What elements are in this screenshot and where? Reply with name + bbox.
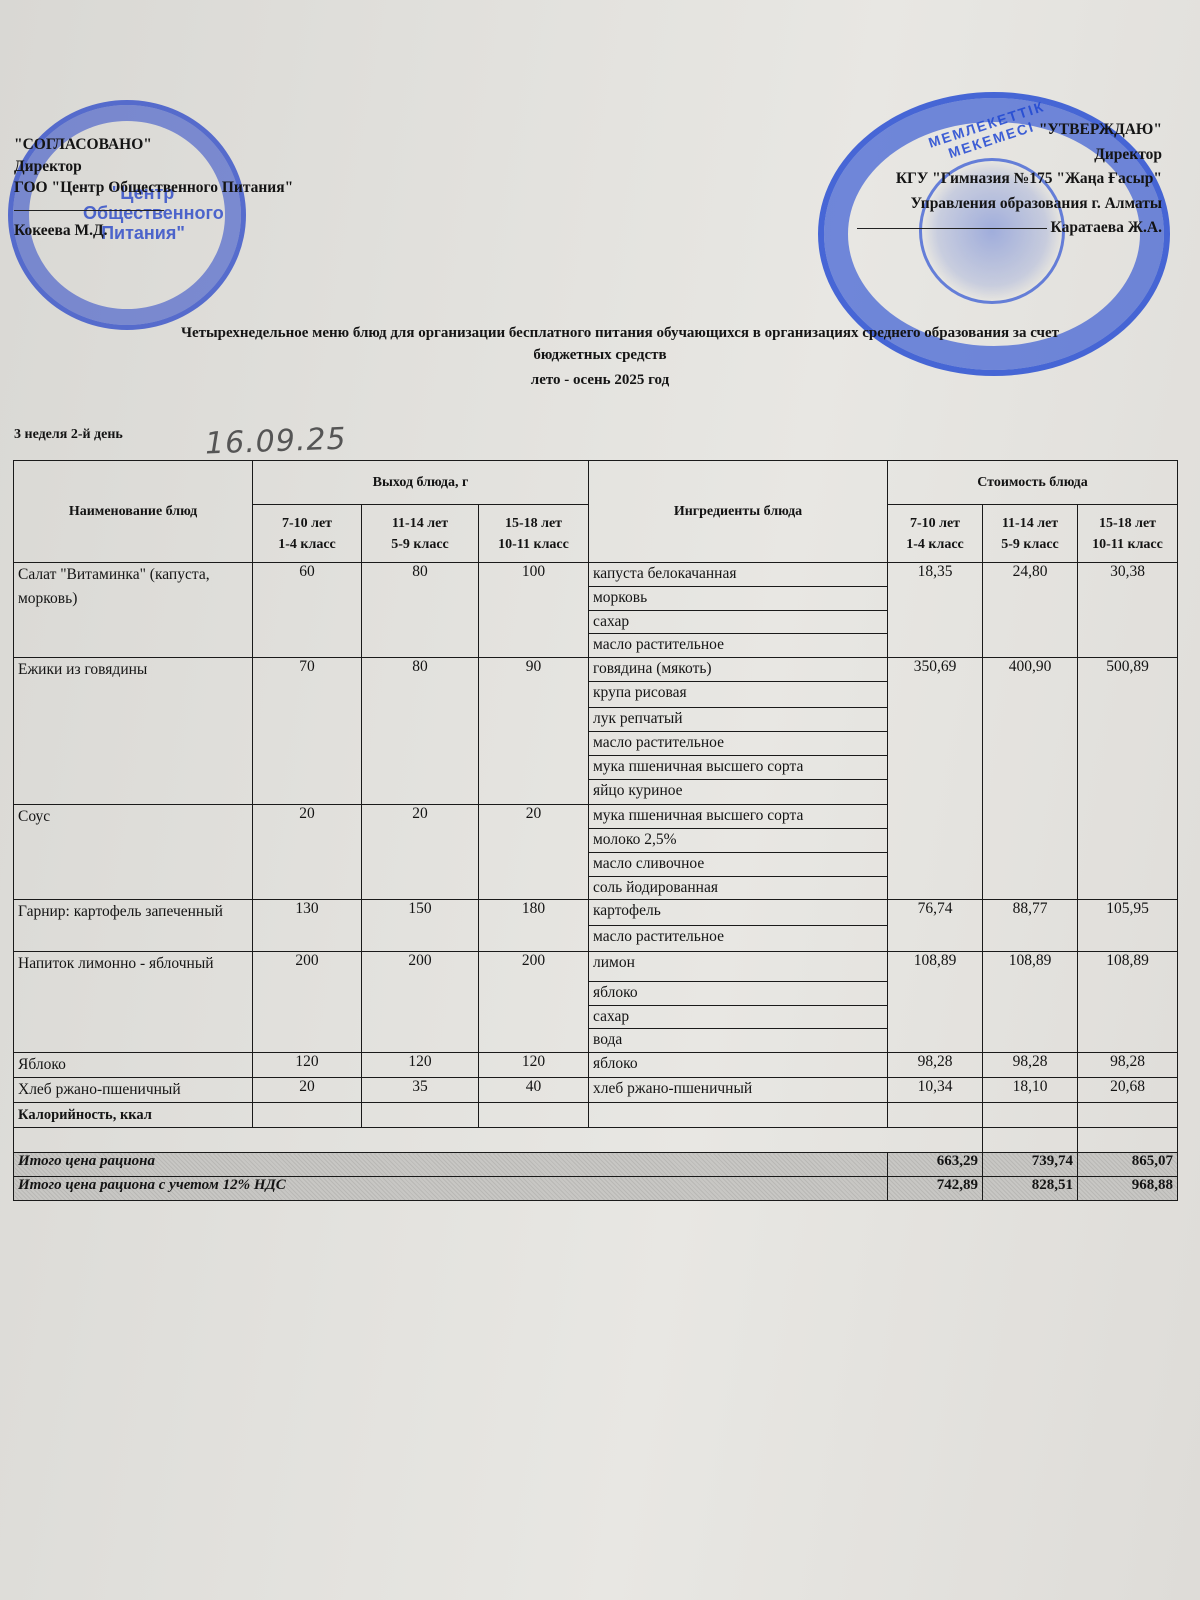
ingredient: яйцо куриное bbox=[589, 780, 888, 805]
approved-organization: КГУ "Гимназия №175 "Жаңа Ғасыр" bbox=[857, 167, 1162, 192]
document-title-line1: Четырехнедельное меню блюд для организац… bbox=[0, 322, 1200, 344]
ingredient: масло растительное bbox=[589, 926, 888, 952]
table-row: Салат "Витаминка" (капуста, морковь)6080… bbox=[14, 563, 1178, 587]
calories-value bbox=[362, 1103, 479, 1128]
dish-name: Ежики из говядины bbox=[14, 658, 253, 805]
grade-range: 10-11 класс bbox=[1082, 534, 1173, 555]
blank-row bbox=[14, 1128, 1178, 1153]
season-label: лето - осень 2025 год bbox=[0, 372, 1200, 389]
ingredient: яблоко bbox=[589, 982, 888, 1006]
total-vat-row: Итого цена рациона с учетом 12% НДС742,8… bbox=[14, 1177, 1178, 1201]
cost-age-group-header: 15-18 лет10-11 класс bbox=[1078, 505, 1178, 563]
dish-yield: 200 bbox=[479, 952, 589, 1053]
yield-age-group-header: 7-10 лет1-4 класс bbox=[253, 505, 362, 563]
approved-position: Директор bbox=[857, 143, 1162, 168]
header-dish-name: Наименование блюд bbox=[14, 461, 253, 563]
dish-yield: 80 bbox=[362, 563, 479, 658]
dish-cost: 98,28 bbox=[888, 1053, 983, 1078]
yield-age-group-header: 15-18 лет10-11 класс bbox=[479, 505, 589, 563]
calories-value bbox=[983, 1103, 1078, 1128]
grade-range: 1-4 класс bbox=[892, 534, 978, 555]
calories-label: Калорийность, ккал bbox=[14, 1103, 253, 1128]
calories-value bbox=[253, 1103, 362, 1128]
cost-age-group-header: 7-10 лет1-4 класс bbox=[888, 505, 983, 563]
age-range: 15-18 лет bbox=[483, 513, 584, 534]
total-value: 828,51 bbox=[983, 1177, 1078, 1201]
table-row: Гарнир: картофель запеченный130150180кар… bbox=[14, 900, 1178, 926]
header-cost: Стоимость блюда bbox=[888, 461, 1178, 505]
age-range: 15-18 лет bbox=[1082, 513, 1173, 534]
dish-yield: 120 bbox=[253, 1053, 362, 1078]
total-label: Итого цена рациона bbox=[14, 1153, 888, 1177]
dish-yield: 20 bbox=[362, 805, 479, 900]
menu-table: Наименование блюд Выход блюда, г Ингреди… bbox=[13, 460, 1178, 1201]
dish-cost: 108,89 bbox=[983, 952, 1078, 1053]
dish-yield: 200 bbox=[253, 952, 362, 1053]
ingredient: масло растительное bbox=[589, 732, 888, 756]
total-value: 739,74 bbox=[983, 1153, 1078, 1177]
dish-name: Соус bbox=[14, 805, 253, 900]
agreed-signature-line bbox=[14, 199, 293, 221]
grade-range: 1-4 класс bbox=[257, 534, 357, 555]
dish-yield: 200 bbox=[362, 952, 479, 1053]
dish-yield: 20 bbox=[253, 1078, 362, 1103]
total-value: 968,88 bbox=[1078, 1177, 1178, 1201]
dish-cost: 98,28 bbox=[983, 1053, 1078, 1078]
dish-cost: 98,28 bbox=[1078, 1053, 1178, 1078]
ingredient: мука пшеничная высшего сорта bbox=[589, 805, 888, 829]
agreed-organization: ГОО "Центр Общественного Питания" bbox=[14, 177, 293, 199]
total-value: 865,07 bbox=[1078, 1153, 1178, 1177]
dish-name: Гарнир: картофель запеченный bbox=[14, 900, 253, 952]
approved-signatory-row: Каратаева Ж.А. bbox=[857, 216, 1162, 241]
dish-yield: 120 bbox=[362, 1053, 479, 1078]
dish-cost: 108,89 bbox=[1078, 952, 1178, 1053]
dish-cost: 30,38 bbox=[1078, 563, 1178, 658]
dish-name: Салат "Витаминка" (капуста, морковь) bbox=[14, 563, 253, 658]
agreed-signatory: Кокеева М.Д. bbox=[14, 220, 293, 242]
approved-block: "УТВЕРЖДАЮ" Директор КГУ "Гимназия №175 … bbox=[857, 118, 1162, 241]
dish-cost: 10,34 bbox=[888, 1078, 983, 1103]
dish-cost: 350,69 bbox=[888, 658, 983, 900]
ingredient: соль йодированная bbox=[589, 877, 888, 900]
ingredient: крупа рисовая bbox=[589, 682, 888, 708]
ingredient: хлеб ржано-пшеничный bbox=[589, 1078, 888, 1103]
dish-name: Яблоко bbox=[14, 1053, 253, 1078]
dish-name: Хлеб ржано-пшеничный bbox=[14, 1078, 253, 1103]
dish-yield: 35 bbox=[362, 1078, 479, 1103]
age-range: 7-10 лет bbox=[257, 513, 357, 534]
header-yield: Выход блюда, г bbox=[253, 461, 589, 505]
table-row: Хлеб ржано-пшеничный203540хлеб ржано-пше… bbox=[14, 1078, 1178, 1103]
table-row: Ежики из говядины708090говядина (мякоть)… bbox=[14, 658, 1178, 682]
grade-range: 5-9 класс bbox=[987, 534, 1073, 555]
table-row: Напиток лимонно - яблочный200200200лимон… bbox=[14, 952, 1178, 982]
header-ingredients: Ингредиенты блюда bbox=[589, 461, 888, 563]
approved-signatory: Каратаева Ж.А. bbox=[1051, 219, 1162, 236]
dish-yield: 20 bbox=[479, 805, 589, 900]
calories-value bbox=[589, 1103, 888, 1128]
ingredient: масло растительное bbox=[589, 634, 888, 658]
dish-cost: 18,10 bbox=[983, 1078, 1078, 1103]
cost-age-group-header: 11-14 лет5-9 класс bbox=[983, 505, 1078, 563]
agreed-position: Директор bbox=[14, 156, 293, 178]
dish-yield: 100 bbox=[479, 563, 589, 658]
ingredient: молоко 2,5% bbox=[589, 829, 888, 853]
dish-cost: 500,89 bbox=[1078, 658, 1178, 900]
total-row: Итого цена рациона663,29739,74865,07 bbox=[14, 1153, 1178, 1177]
dish-yield: 90 bbox=[479, 658, 589, 805]
dish-yield: 40 bbox=[479, 1078, 589, 1103]
approved-heading: "УТВЕРЖДАЮ" bbox=[857, 118, 1162, 143]
dish-yield: 150 bbox=[362, 900, 479, 952]
ingredient: яблоко bbox=[589, 1053, 888, 1078]
dish-yield: 130 bbox=[253, 900, 362, 952]
age-range: 7-10 лет bbox=[892, 513, 978, 534]
document-title-line2: бюджетных средств bbox=[0, 344, 1200, 366]
yield-age-group-header: 11-14 лет5-9 класс bbox=[362, 505, 479, 563]
calories-value bbox=[479, 1103, 589, 1128]
dish-cost: 20,68 bbox=[1078, 1078, 1178, 1103]
approved-department: Управления образования г. Алматы bbox=[857, 192, 1162, 217]
handwritten-date: 16.09.25 bbox=[204, 422, 347, 462]
calories-value bbox=[888, 1103, 983, 1128]
dish-cost: 400,90 bbox=[983, 658, 1078, 900]
ingredient: лимон bbox=[589, 952, 888, 982]
week-day-label: 3 неделя 2-й день bbox=[14, 427, 123, 443]
ingredient: мука пшеничная высшего сорта bbox=[589, 756, 888, 780]
dish-name: Напиток лимонно - яблочный bbox=[14, 952, 253, 1053]
age-range: 11-14 лет bbox=[366, 513, 474, 534]
ingredient: говядина (мякоть) bbox=[589, 658, 888, 682]
ingredient: морковь bbox=[589, 587, 888, 611]
total-value: 663,29 bbox=[888, 1153, 983, 1177]
document-title: Четырехнедельное меню блюд для организац… bbox=[0, 322, 1200, 366]
dish-cost: 105,95 bbox=[1078, 900, 1178, 952]
dish-cost: 108,89 bbox=[888, 952, 983, 1053]
blank-cell bbox=[1078, 1128, 1178, 1153]
ingredient: масло сливочное bbox=[589, 853, 888, 877]
dish-cost: 24,80 bbox=[983, 563, 1078, 658]
total-value: 742,89 bbox=[888, 1177, 983, 1201]
grade-range: 10-11 класс bbox=[483, 534, 584, 555]
ingredient: лук репчатый bbox=[589, 708, 888, 732]
ingredient: сахар bbox=[589, 1006, 888, 1029]
agreed-heading: "СОГЛАСОВАНО" bbox=[14, 134, 293, 156]
dish-cost: 18,35 bbox=[888, 563, 983, 658]
dish-yield: 70 bbox=[253, 658, 362, 805]
dish-yield: 60 bbox=[253, 563, 362, 658]
dish-cost: 76,74 bbox=[888, 900, 983, 952]
total-label: Итого цена рациона с учетом 12% НДС bbox=[14, 1177, 888, 1201]
agreed-block: "СОГЛАСОВАНО" Директор ГОО "Центр Общест… bbox=[14, 134, 293, 242]
dish-yield: 180 bbox=[479, 900, 589, 952]
dish-yield: 120 bbox=[479, 1053, 589, 1078]
blank-cell bbox=[14, 1128, 983, 1153]
dish-yield: 20 bbox=[253, 805, 362, 900]
grade-range: 5-9 класс bbox=[366, 534, 474, 555]
calories-row: Калорийность, ккал bbox=[14, 1103, 1178, 1128]
dish-cost: 88,77 bbox=[983, 900, 1078, 952]
ingredient: капуста белокачанная bbox=[589, 563, 888, 587]
dish-yield: 80 bbox=[362, 658, 479, 805]
ingredient: картофель bbox=[589, 900, 888, 926]
calories-value bbox=[1078, 1103, 1178, 1128]
blank-cell bbox=[983, 1128, 1078, 1153]
age-range: 11-14 лет bbox=[987, 513, 1073, 534]
ingredient: вода bbox=[589, 1029, 888, 1053]
ingredient: сахар bbox=[589, 611, 888, 634]
table-row: Яблоко120120120яблоко98,2898,2898,28 bbox=[14, 1053, 1178, 1078]
